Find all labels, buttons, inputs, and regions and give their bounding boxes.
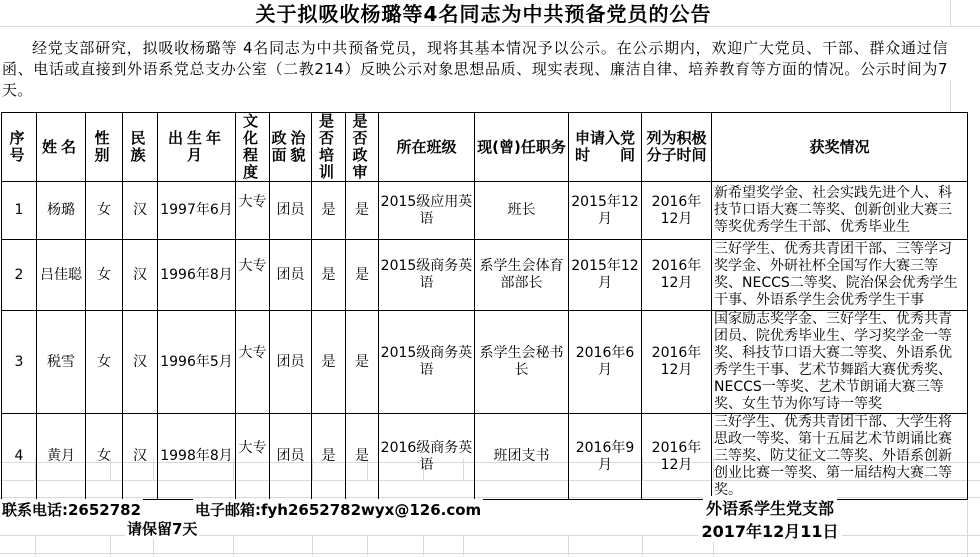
table-cell[interactable]: 汉 bbox=[123, 311, 158, 414]
table-cell[interactable]: 1997年6月 bbox=[158, 182, 236, 240]
table-cell[interactable]: 吕佳聪 bbox=[37, 240, 86, 311]
table-cell[interactable]: 杨璐 bbox=[37, 182, 86, 240]
page-title: 关于拟吸收杨璐等4名同志为中共预备党员的公告 bbox=[0, 2, 967, 26]
column-header[interactable]: 获奖情况 bbox=[712, 113, 968, 182]
table-cell[interactable]: 班长 bbox=[475, 182, 569, 240]
table-cell[interactable]: 2016年12月 bbox=[642, 311, 712, 414]
table-cell[interactable]: 系学生会体育部部长 bbox=[475, 240, 569, 311]
table-cell[interactable]: 3 bbox=[2, 311, 37, 414]
table-cell[interactable]: 2016年12月 bbox=[642, 240, 712, 311]
table-cell[interactable]: 大专 bbox=[236, 414, 270, 500]
table-cell[interactable]: 大专 bbox=[236, 311, 270, 414]
table-cell[interactable]: 税雪 bbox=[37, 311, 86, 414]
column-header[interactable]: 姓名 bbox=[37, 113, 86, 182]
table-cell[interactable]: 2016年6月 bbox=[569, 311, 642, 414]
table-cell[interactable]: 1 bbox=[2, 182, 37, 240]
notice-paragraph: 经党支部研究，拟吸收杨璐等 4名同志为中共预备党员，现将其基本情况予以公示。在公… bbox=[2, 38, 948, 101]
column-header[interactable]: 政治 面貌 bbox=[270, 113, 312, 182]
spreadsheet-sheet: 关于拟吸收杨璐等4名同志为中共预备党员的公告 经党支部研究，拟吸收杨璐等 4名同… bbox=[0, 0, 980, 557]
gridline-horizontal bbox=[0, 553, 980, 554]
table-cell[interactable]: 2016级商务英语 bbox=[379, 414, 475, 500]
table-cell[interactable]: 是 bbox=[312, 182, 346, 240]
table-row: 4黄月女汉1998年8月大专 团员是是2016级商务英语班团支书2016年9月2… bbox=[2, 414, 968, 500]
table-cell[interactable]: 汉 bbox=[123, 240, 158, 311]
table-cell[interactable]: 1996年5月 bbox=[158, 311, 236, 414]
table-cell[interactable]: 是 bbox=[312, 240, 346, 311]
contact-email: 电子邮箱:fyh2652782wyx@126.com bbox=[193, 499, 483, 520]
gridline-vertical bbox=[950, 80, 951, 112]
table-cell[interactable]: 汉 bbox=[123, 182, 158, 240]
column-header[interactable]: 列为积极 分子时间 bbox=[642, 113, 712, 182]
table-cell[interactable]: 是 bbox=[346, 240, 379, 311]
table-cell[interactable]: 黄月 bbox=[37, 414, 86, 500]
table-cell[interactable]: 1996年8月 bbox=[158, 240, 236, 311]
column-header[interactable]: 所在班级 bbox=[379, 113, 475, 182]
gridline-vertical bbox=[568, 535, 569, 556]
table-cell[interactable]: 2015年12月 bbox=[569, 240, 642, 311]
table-row: 3税雪女汉1996年5月大专 团员是是2015级商务英语系学生会秘书长2016年… bbox=[2, 311, 968, 414]
table-cell[interactable]: 4 bbox=[2, 414, 37, 500]
gridline-vertical bbox=[423, 535, 424, 556]
contact-phone: 联系电话:2652782 bbox=[0, 499, 143, 520]
signature-org: 外语系学生党支部 bbox=[703, 496, 837, 519]
table-cell[interactable]: 2016年12月 bbox=[642, 414, 712, 500]
gridline-horizontal bbox=[0, 26, 980, 27]
column-header[interactable]: 性别 bbox=[86, 113, 123, 182]
column-header[interactable]: 现(曾)任职务 bbox=[475, 113, 569, 182]
table-row: 2吕佳聪女汉1996年8月大专 团员是是2015级商务英语系学生会体育部部长20… bbox=[2, 240, 968, 311]
table-cell[interactable]: 团员 bbox=[270, 311, 312, 414]
table-cell[interactable]: 是 bbox=[312, 311, 346, 414]
table-cell[interactable]: 是 bbox=[346, 414, 379, 500]
table-cell[interactable]: 三好学生、优秀共青团干部、大学生将思政一等奖、第十五届艺术节朗诵比赛三等奖、防艾… bbox=[712, 414, 968, 500]
table-header-row: 序号姓名性别民族出生年月文化 程度政治 面貌是否 培训是否 政审所在班级现(曾)… bbox=[2, 113, 968, 182]
signature-date: 2017年12月11日 bbox=[698, 519, 841, 542]
table-cell[interactable]: 女 bbox=[86, 311, 123, 414]
table-cell[interactable]: 团员 bbox=[270, 240, 312, 311]
column-header[interactable]: 出生年月 bbox=[158, 113, 236, 182]
keep-note: 请保留7天 bbox=[125, 518, 199, 539]
table-cell[interactable]: 女 bbox=[86, 182, 123, 240]
table-cell[interactable]: 三好学生、优秀共青团干部、三等学习奖学金、外研社杯全国写作大赛三等奖、NECCS… bbox=[712, 240, 968, 311]
table-cell[interactable]: 汉 bbox=[123, 414, 158, 500]
table-cell[interactable]: 大专 bbox=[236, 182, 270, 240]
table-header-row: 序号姓名性别民族出生年月文化 程度政治 面貌是否 培训是否 政审所在班级现(曾)… bbox=[2, 113, 968, 182]
table-cell[interactable]: 2016年12月 bbox=[642, 182, 712, 240]
table-cell[interactable]: 2015级商务英语 bbox=[379, 240, 475, 311]
column-header[interactable]: 民族 bbox=[123, 113, 158, 182]
table-cell[interactable]: 2 bbox=[2, 240, 37, 311]
table-cell[interactable]: 女 bbox=[86, 240, 123, 311]
table-cell[interactable]: 新希望奖学金、社会实践先进个人、科技节口语大赛二等奖、创新创业大赛三等奖优秀学生… bbox=[712, 182, 968, 240]
table-cell[interactable]: 班团支书 bbox=[475, 414, 569, 500]
column-header[interactable]: 是否 培训 bbox=[312, 113, 346, 182]
table-cell[interactable]: 2015级应用英语 bbox=[379, 182, 475, 240]
table-cell[interactable]: 国家励志奖学金、三好学生、优秀共青团员、院优秀毕业生、学习奖学金一等奖、科技节口… bbox=[712, 311, 968, 414]
table-cell[interactable]: 2015级商务英语 bbox=[379, 311, 475, 414]
table-cell[interactable]: 1998年8月 bbox=[158, 414, 236, 500]
table-cell[interactable]: 是 bbox=[312, 414, 346, 500]
table-cell[interactable]: 2015年12月 bbox=[569, 182, 642, 240]
candidates-table: 序号姓名性别民族出生年月文化 程度政治 面貌是否 培训是否 政审所在班级现(曾)… bbox=[1, 112, 968, 500]
gridline-vertical bbox=[233, 535, 234, 556]
table-cell[interactable]: 团员 bbox=[270, 182, 312, 240]
column-header[interactable]: 是否 政审 bbox=[346, 113, 379, 182]
table-cell[interactable]: 女 bbox=[86, 414, 123, 500]
gridline-vertical bbox=[110, 535, 111, 556]
table-cell[interactable]: 是 bbox=[346, 182, 379, 240]
table-cell[interactable]: 团员 bbox=[270, 414, 312, 500]
column-header[interactable]: 文化 程度 bbox=[236, 113, 270, 182]
table-cell[interactable]: 系学生会秘书长 bbox=[475, 311, 569, 414]
gridline-vertical bbox=[35, 535, 36, 556]
gridline-vertical bbox=[642, 535, 643, 556]
gridline-vertical bbox=[463, 535, 464, 556]
table-cell[interactable]: 2016年9月 bbox=[569, 414, 642, 500]
column-header[interactable]: 序号 bbox=[2, 113, 37, 182]
table-row: 1杨璐女汉1997年6月大专 团员是是2015级应用英语班长2015年12月20… bbox=[2, 182, 968, 240]
signature-block: 外语系学生党支部 2017年12月11日 bbox=[655, 496, 885, 542]
gridline-vertical bbox=[312, 535, 313, 556]
gridline-vertical bbox=[367, 535, 368, 556]
table-cell[interactable]: 是 bbox=[346, 311, 379, 414]
table-cell[interactable]: 大专 bbox=[236, 240, 270, 311]
column-header[interactable]: 申请入党 时 间 bbox=[569, 113, 642, 182]
